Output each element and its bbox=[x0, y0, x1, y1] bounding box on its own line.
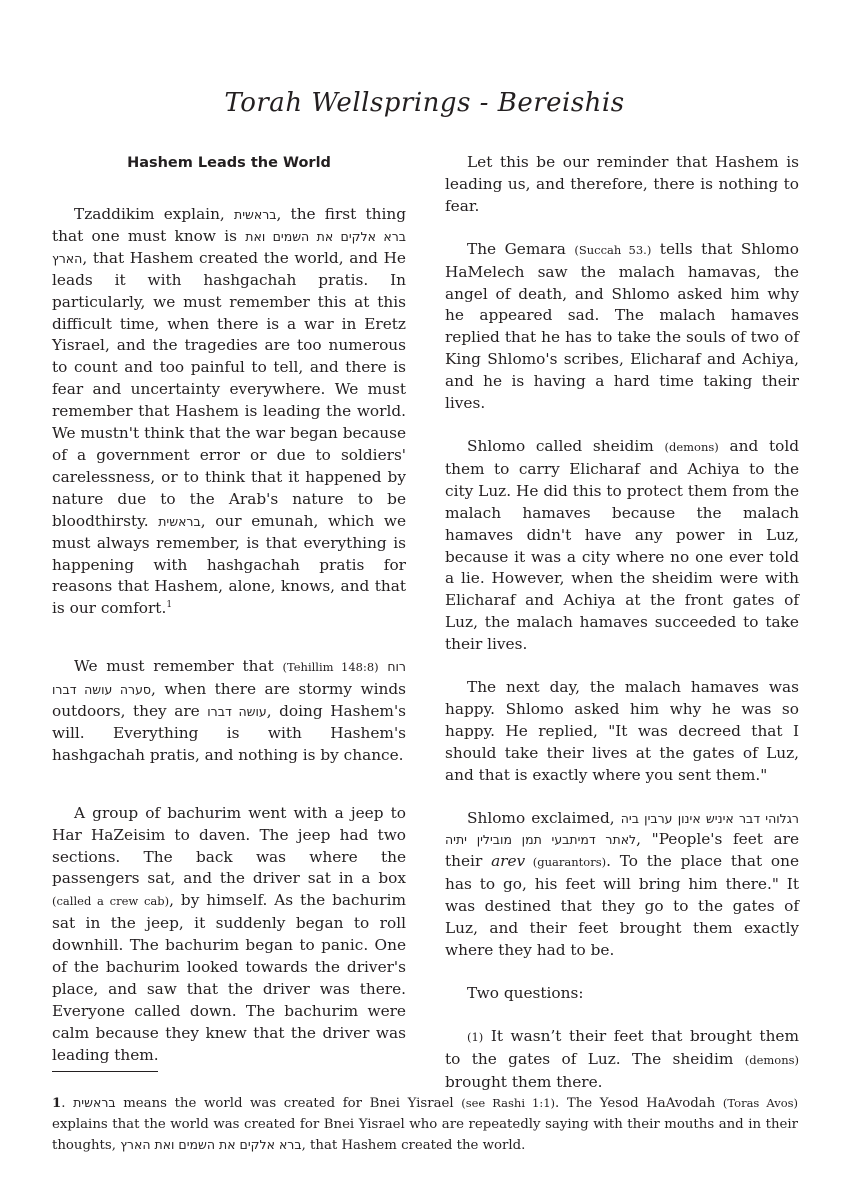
paragraph-next-day: The next day, the malach hamaves was hap… bbox=[445, 677, 799, 787]
text: Shlomo called sheidim bbox=[467, 437, 664, 455]
footnote-number: 1 bbox=[52, 1096, 61, 1111]
paragraph-shlomo-exclaimed: Shlomo exclaimed, רגלוהי דבר איניש אינון… bbox=[445, 808, 799, 962]
text: A group of bachurim went with a jeep to … bbox=[52, 804, 406, 888]
text: and told them to carry Elicharaf and Ach… bbox=[445, 437, 799, 653]
italic-term: arev bbox=[491, 852, 525, 870]
text: , by himself. As the bachurim sat in the… bbox=[52, 891, 406, 1063]
paragraph-reminder: Let this be our reminder that Hashem is … bbox=[445, 152, 799, 218]
citation: (Toras Avos) bbox=[723, 1096, 798, 1110]
text: Shlomo exclaimed, bbox=[467, 809, 621, 827]
text: We must remember that bbox=[74, 657, 282, 675]
text: brought them there. bbox=[445, 1073, 603, 1091]
right-column: Let this be our reminder that Hashem is … bbox=[445, 152, 799, 1094]
text: , that Hashem created the world, and He … bbox=[52, 249, 406, 530]
paragraph-stormy-winds: We must remember that (Tehillim 148:8) ר… bbox=[52, 656, 406, 767]
hebrew-text: בראשית bbox=[73, 1095, 116, 1110]
parenthetical: (guarantors) bbox=[525, 855, 606, 869]
citation: (see Rashi 1:1) bbox=[461, 1096, 555, 1110]
text: . The Yesod HaAvodah bbox=[555, 1096, 723, 1111]
paragraph-gemara: The Gemara (Succah 53.) tells that Shlom… bbox=[445, 239, 799, 415]
hebrew-text: ברא אלקים את השמים ואת הארץ bbox=[120, 1137, 301, 1152]
paragraph-tzaddikim-explain: Tzaddikim explain, בראשית, the first thi… bbox=[52, 204, 406, 620]
paragraph-two-questions: Two questions: bbox=[445, 983, 799, 1005]
left-column: Hashem Leads the World Tzaddikim explain… bbox=[52, 152, 406, 1067]
page-title: Torah Wellsprings - Bereishis bbox=[0, 88, 849, 118]
hebrew-text: בראשית bbox=[234, 207, 277, 222]
section-heading: Hashem Leads the World bbox=[52, 152, 406, 174]
paragraph-question-1: (1) It wasn’t their feet that brought th… bbox=[445, 1026, 799, 1094]
hebrew-text: בראשית bbox=[158, 514, 201, 529]
footnote-divider bbox=[52, 1071, 158, 1072]
citation: (Succah 53.) bbox=[574, 243, 651, 257]
paragraph-sheidim: Shlomo called sheidim (demons) and told … bbox=[445, 436, 799, 656]
parenthetical: (demons) bbox=[745, 1053, 799, 1067]
hebrew-text: עושה דברו bbox=[207, 704, 266, 719]
parenthetical: (demons) bbox=[664, 440, 718, 454]
text: means the world was created for Bnei Yis… bbox=[116, 1096, 462, 1111]
parenthetical: (called a crew cab) bbox=[52, 894, 169, 908]
text: Tzaddikim explain, bbox=[74, 205, 234, 223]
footnote-1: 1. בראשית means the world was created fo… bbox=[52, 1093, 798, 1157]
text: tells that Shlomo HaMelech saw the malac… bbox=[445, 240, 799, 412]
paragraph-jeep-story: A group of bachurim went with a jeep to … bbox=[52, 803, 406, 1067]
footnote-reference[interactable]: 1 bbox=[166, 600, 172, 610]
list-number: (1) bbox=[467, 1030, 483, 1044]
text: The Gemara bbox=[467, 240, 574, 258]
text: , that Hashem created the world. bbox=[302, 1138, 526, 1153]
citation: (Tehillim 148:8) bbox=[282, 660, 378, 674]
